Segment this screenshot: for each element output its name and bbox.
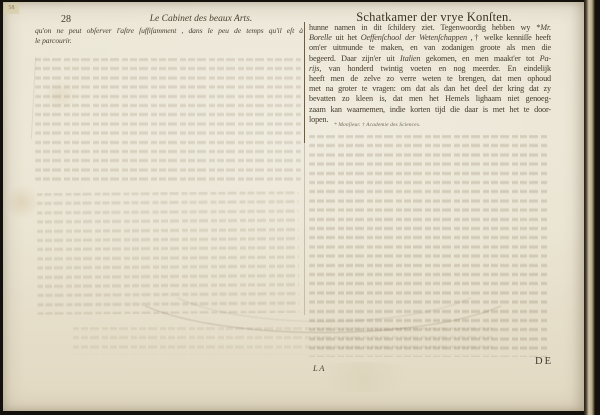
paper-stain xyxy=(43,80,77,110)
text-line: begeerd. Daar zijn'er uit Italien gekome… xyxy=(309,54,551,64)
page-surface: 58 28 Le Cabinet des beaux Arts. Schatka… xyxy=(3,2,584,411)
french-text-block: qu'on ne peut obſerver l'aſtre ſuffiſamm… xyxy=(35,26,303,45)
french-running-title: Le Cabinet des beaux Arts. xyxy=(121,14,281,24)
page-number: 28 xyxy=(61,14,71,25)
text-line: hunne namen in dit ſchildery ziet. Tegen… xyxy=(309,23,551,33)
text-line: om'er uitmunde te maken, en van zodanige… xyxy=(309,43,551,53)
text-line: le parcourir. xyxy=(35,36,303,46)
scanned-book-page: 58 28 Le Cabinet des beaux Arts. Schatka… xyxy=(0,0,600,415)
text-line: heeft men de zelve zo verre weten te bre… xyxy=(309,74,551,84)
text-line: bevatten zo kleen is, dat men het Hemels… xyxy=(309,94,551,104)
corner-inventory-label: 58 xyxy=(4,3,19,15)
footnote: * Monſieur. † Academie des Sciences. xyxy=(334,122,420,128)
dutch-text-block: hunne namen in dit ſchildery ziet. Tegen… xyxy=(309,23,551,125)
text-line: zaam kan waarnemen, indie korten tijd di… xyxy=(309,105,551,115)
bleedthrough-text-left-upper xyxy=(35,58,301,183)
text-line: rijs, van honderd twintig voeten en nog … xyxy=(309,64,551,74)
catchword-right: DE xyxy=(535,356,553,367)
adjacent-page-edge xyxy=(584,0,595,415)
bleedthrough-diagram-arc-faint xyxy=(153,224,495,322)
paper-stain xyxy=(7,182,37,222)
text-line: qu'on ne peut obſerver l'aſtre ſuffiſamm… xyxy=(35,26,303,36)
text-line: Borelle uit het Oeffenſchool der Wetenſc… xyxy=(309,33,551,43)
catchword-left: LA xyxy=(313,363,326,373)
text-line: met na groter te vragen: om dat als dan … xyxy=(309,84,551,94)
column-divider-rule xyxy=(304,22,305,143)
